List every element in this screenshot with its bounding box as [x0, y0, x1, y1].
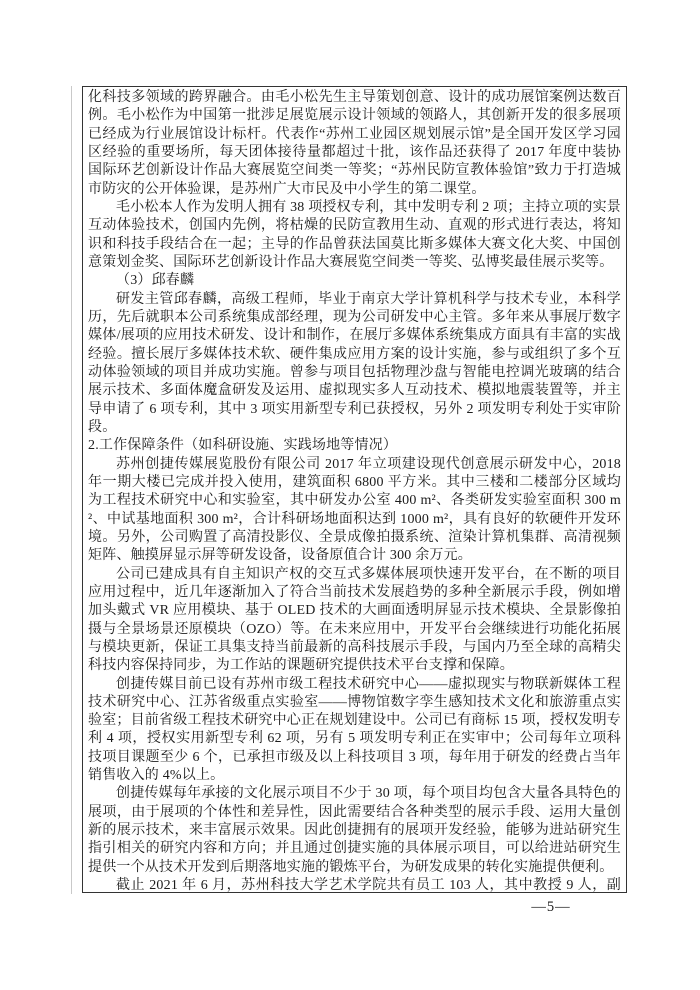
- paragraph-szust-staff: 截止 2021 年 6 月，苏州科技大学艺术学院共有员工 103 人，其中教授 …: [88, 877, 621, 893]
- scan-artifact-line: [71, 86, 72, 894]
- subsection-heading-qiuchunlin: （3）邱春麟: [88, 272, 621, 290]
- paragraph-qiuchunlin-bio: 研发主管邱春麟，高级工程师，毕业于南京大学计算机科学与技术专业，本科学历，先后就…: [88, 291, 621, 438]
- section-heading-work-support-conditions: 2.工作保障条件（如科研设施、实践场地等情况）: [88, 437, 621, 455]
- paragraph-development-platform: 公司已建成具有自主知识产权的交互式多媒体展项快速开发平台，在不断的项目应用过程中…: [88, 566, 621, 676]
- document-content-frame: 化科技多领域的跨界融合。由毛小松先生主导策划创意、设计的成功展馆案例达数百例。毛…: [82, 86, 627, 893]
- paragraph-rd-center-facilities: 苏州创捷传媒展览股份有限公司 2017 年立项建设现代创意展示研发中心，2018…: [88, 456, 621, 566]
- paragraph-maoxiaosong-patents: 毛小松本人作为发明人拥有 38 项授权专利，其中发明专利 2 项；主持立项的实景…: [88, 199, 621, 272]
- page-number: —5—: [519, 899, 583, 916]
- paragraph-research-centers-patents: 创捷传媒目前已设有苏州市级工程技术研究中心——虚拟现实与物联新媒体工程技术研究中…: [88, 676, 621, 786]
- paragraph-culture-exhibition-projects: 创捷传媒每年承接的文化展示项目不少于 30 项，每个项目均包含大量各具特色的展项…: [88, 785, 621, 877]
- paragraph-continuation-maoxiaosong: 化科技多领域的跨界融合。由毛小松先生主导策划创意、设计的成功展馆案例达数百例。毛…: [88, 89, 621, 199]
